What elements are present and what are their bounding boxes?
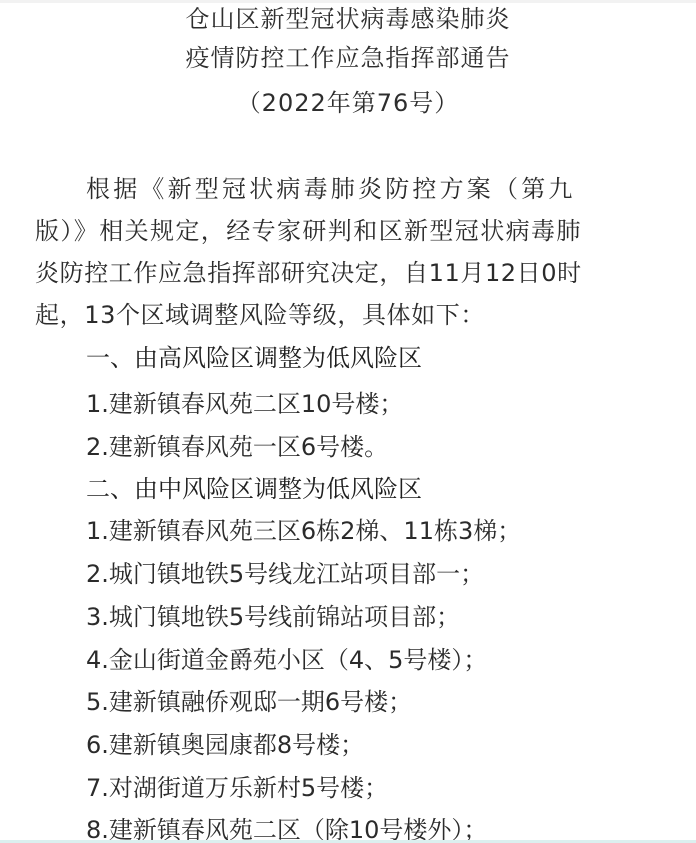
section-1-item-1: 1.建新镇春风苑二区10号楼； bbox=[86, 389, 403, 419]
section-2-item-1: 1.建新镇春风苑三区6栋2梯、11栋3梯； bbox=[86, 516, 521, 546]
intro-line-3: 炎防控工作应急指挥部研究决定，自11月12日0时 bbox=[35, 258, 582, 288]
section-2-item-5: 5.建新镇融侨观邸一期6号楼； bbox=[86, 687, 412, 717]
notice-number: （2022年第76号） bbox=[0, 88, 696, 118]
section-2-item-7: 7.对湖街道万乐新村5号楼； bbox=[86, 773, 388, 803]
notice-title-line-2: 疫情防控工作应急指挥部通告 bbox=[0, 43, 696, 73]
notice-title-line-1: 仓山区新型冠状病毒感染肺炎 bbox=[0, 4, 696, 34]
section-2-heading: 二、由中风险区调整为低风险区 bbox=[86, 474, 422, 504]
intro-line-4: 起，13个区域调整风险等级，具体如下： bbox=[35, 300, 485, 330]
section-2-item-8: 8.建新镇春风苑二区（除10号楼外）； bbox=[86, 815, 487, 843]
section-1-heading: 一、由高风险区调整为低风险区 bbox=[86, 343, 422, 373]
section-2-item-6: 6.建新镇奥园康都8号楼； bbox=[86, 730, 364, 760]
section-2-item-2: 2.城门镇地铁5号线龙江站项目部一； bbox=[86, 559, 484, 589]
top-divider bbox=[0, 0, 696, 3]
intro-line-2: 版）》相关规定，经专家研判和区新型冠状病毒肺 bbox=[35, 216, 582, 246]
section-1-item-2: 2.建新镇春风苑一区6号楼。 bbox=[86, 432, 388, 462]
section-2-item-3: 3.城门镇地铁5号线前锦站项目部； bbox=[86, 602, 460, 632]
intro-line-1: 根据《新型冠状病毒肺炎防控方案（第九 bbox=[86, 174, 576, 204]
section-2-item-4: 4.金山街道金爵苑小区（4、5号楼）； bbox=[86, 645, 487, 675]
